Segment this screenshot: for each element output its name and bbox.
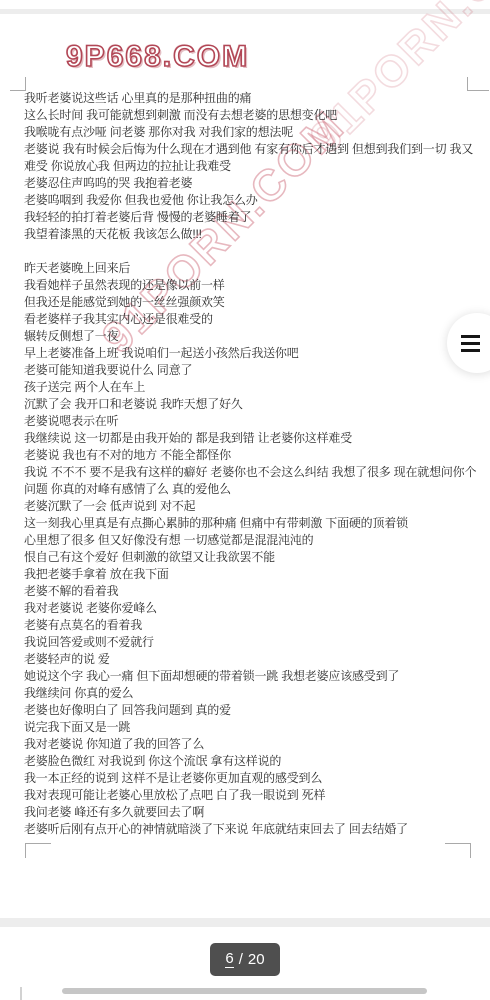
- text-line: 早上老婆准备上班 我说咱们一起送小孩然后我送你吧: [24, 345, 490, 362]
- text-line: 我喉咙有点沙哑 问老婆 那你对我 对我们家的想法呢: [24, 124, 490, 141]
- text-line: 恨自己有这个爱好 但刺激的欲望又让我欲罢不能: [24, 549, 490, 566]
- text-line: 问题 你真的对峰有感情了么 真的爱他么: [24, 481, 490, 498]
- page-indicator[interactable]: 6 / 20: [210, 943, 280, 976]
- text-line: 这一刻我心里真是有点撕心累肺的那种痛 但痛中有带刺激 下面硬的顶着锁: [24, 515, 490, 532]
- text-line: 老婆可能知道我要说什么 同意了: [24, 362, 490, 379]
- document-text-block: 我听老婆说这些话 心里真的是那种扭曲的痛这么长时间 我可能就想到刺激 而没有去想…: [24, 90, 490, 838]
- text-line: 我对表现可能让老婆心里放松了点吧 白了我一眼说到 死样: [24, 787, 490, 804]
- text-line: 辗转反侧想了一夜: [24, 328, 490, 345]
- total-pages: 20: [248, 951, 265, 968]
- page-top-separator: [0, 9, 490, 14]
- site-logo-watermark: 9P668.COM: [66, 40, 249, 74]
- text-line: 我望着漆黑的天花板 我该怎么做!!!: [24, 226, 490, 243]
- current-page-number: 6: [225, 951, 233, 968]
- corner-mark-bottom-right: [445, 843, 471, 858]
- page-separator: /: [239, 951, 243, 968]
- text-line: 说完我下面又是一跳: [24, 719, 490, 736]
- text-line: 老婆不解的看着我: [24, 583, 490, 600]
- text-line: 老婆说 我也有不对的地方 不能全都怪你: [24, 447, 490, 464]
- text-line: 老婆有点莫名的看着我: [24, 617, 490, 634]
- text-line: 心里想了很多 但又好像没有想 一切感觉都是混混沌沌的: [24, 532, 490, 549]
- hamburger-icon: [461, 331, 480, 356]
- next-page-top-bar: [62, 988, 427, 994]
- text-line: 我说回答爱或则不爱就行: [24, 634, 490, 651]
- text-line: [24, 243, 490, 260]
- text-line: 我轻轻的拍打着老婆后背 慢慢的老婆睡着了: [24, 209, 490, 226]
- text-line: 我把老婆手拿着 放在我下面: [24, 566, 490, 583]
- text-line: 我对老婆说 你知道了我的回答了么: [24, 736, 490, 753]
- text-line: 她说这个字 我心一痛 但下面却想硬的带着锁一跳 我想老婆应该感受到了: [24, 668, 490, 685]
- text-line: 老婆说 我有时候会后悔为什么现在才遇到他 有家有你后才遇到 但想到我们到一切 我…: [24, 141, 490, 158]
- text-line: 老婆忍住声呜呜的哭 我抱着老婆: [24, 175, 490, 192]
- text-line: 老婆脸色微红 对我说到 你这个流氓 拿有这样说的: [24, 753, 490, 770]
- corner-mark-bottom-left: [25, 843, 51, 858]
- page-bottom-separator: [0, 918, 490, 927]
- text-line: 我对老婆说 老婆你爱峰么: [24, 600, 490, 617]
- text-line: 我继续问 你真的爱么: [24, 685, 490, 702]
- text-line: 但我还是能感觉到她的一丝丝强颜欢笑: [24, 294, 490, 311]
- reader-view: { "header": { "site_logo": "9P668.COM" }…: [0, 0, 490, 1000]
- text-line: 孩子送完 两个人在车上: [24, 379, 490, 396]
- text-line: 沉默了会 我开口和老婆说 我昨天想了好久: [24, 396, 490, 413]
- next-page-left-edge: [20, 987, 22, 1000]
- text-line: 老婆沉默了一会 低声说到 对不起: [24, 498, 490, 515]
- text-line: 老婆说嗯表示在听: [24, 413, 490, 430]
- text-line: 这么长时间 我可能就想到刺激 而没有去想老婆的思想变化吧: [24, 107, 490, 124]
- corner-mark-top-right: [467, 77, 489, 91]
- text-line: 我一本正经的说到 这样不是让老婆你更加直观的感受到么: [24, 770, 490, 787]
- text-line: 看老婆样子我其实内心还是很难受的: [24, 311, 490, 328]
- text-line: 老婆听后刚有点开心的神情就暗淡了下来说 年底就结束回去了 回去结婚了: [24, 821, 490, 838]
- text-line: 我问老婆 峰还有多久就要回去了啊: [24, 804, 490, 821]
- text-line: 老婆轻声的说 爱: [24, 651, 490, 668]
- text-line: 我看她样子虽然表现的还是像以前一样: [24, 277, 490, 294]
- text-line: 昨天老婆晚上回来后: [24, 260, 490, 277]
- text-line: 我听老婆说这些话 心里真的是那种扭曲的痛: [24, 90, 490, 107]
- text-line: 老婆呜咽到 我爱你 但我也爱他 你让我怎么办: [24, 192, 490, 209]
- text-line: 难受 你说放心我 但两边的拉扯让我难受: [24, 158, 490, 175]
- text-line: 老婆也好像明白了 回答我问题到 真的爱: [24, 702, 490, 719]
- corner-mark-top-left: [10, 77, 26, 91]
- text-line: 我继续说 这一切都是由我开始的 都是我到错 让老婆你这样难受: [24, 430, 490, 447]
- text-line: 我说 不不不 要不是我有这样的癖好 老婆你也不会这么纠结 我想了很多 现在就想问…: [24, 464, 490, 481]
